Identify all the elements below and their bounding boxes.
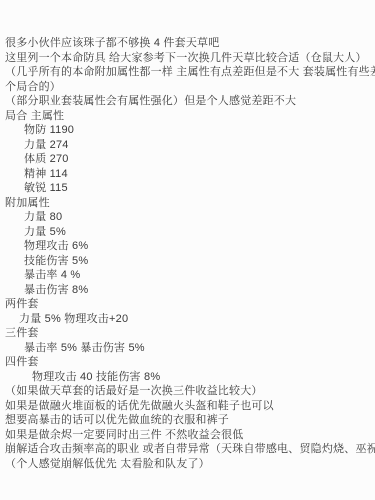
three-piece-bonus: 暴击率 5% 暴击伤害 5% bbox=[5, 341, 371, 356]
section-three-piece-set: 三件套 bbox=[5, 326, 371, 341]
text-line-note-wrap: 个局合的） bbox=[5, 80, 371, 95]
section-two-piece-set: 两件套 bbox=[5, 297, 371, 312]
attr-acuity: 敏锐 115 bbox=[5, 181, 371, 196]
text-line-intro: 很多小伙伴应该珠子都不够换 4 件套天草吧 bbox=[5, 36, 371, 51]
advice-line-5: 崩解适合攻击频率高的职业 或者自带异常（天珠自带感电、贸隐灼烧、巫祝忏悔） bbox=[5, 442, 371, 457]
advice-line-1: （如果做天草套的话最好是一次换三件收益比较大） bbox=[5, 384, 371, 399]
attr-constitution: 体质 270 bbox=[5, 152, 371, 167]
text-line-note-2: （部分职业套装属性会有属性强化）但是个人感觉差距不大 bbox=[5, 94, 371, 109]
text-line-note: （几乎所有的本命附加属性都一样 主属性有点差距但是不大 套装属性有些差距 这里列… bbox=[5, 65, 371, 80]
section-four-piece-set: 四件套 bbox=[5, 355, 371, 370]
added-strength-flat: 力量 80 bbox=[5, 210, 371, 225]
section-added-attributes: 附加属性 bbox=[5, 196, 371, 211]
attr-strength: 力量 274 bbox=[5, 138, 371, 153]
attr-phys-defense: 物防 1190 bbox=[5, 123, 371, 138]
advice-line-4: 如果是做余烬一定要同时出三件 不然收益会很低 bbox=[5, 428, 371, 443]
added-crit-rate-pct: 暴击率 4 % bbox=[5, 268, 371, 283]
text-line-intro-2: 这里列一个本命防具 给大家参考下一次换几件天草比较合适（仓鼠大人） bbox=[5, 51, 371, 66]
four-piece-bonus: 物理攻击 40 技能伤害 8% bbox=[5, 370, 371, 385]
added-strength-pct: 力量 5% bbox=[5, 225, 371, 240]
attr-spirit: 精神 114 bbox=[5, 167, 371, 182]
added-skill-damage-pct: 技能伤害 5% bbox=[5, 254, 371, 269]
two-piece-bonus: 力量 5% 物理攻击+20 bbox=[5, 312, 371, 327]
added-phys-attack-pct: 物理攻击 6% bbox=[5, 239, 371, 254]
document-page: 很多小伙伴应该珠子都不够换 4 件套天草吧 这里列一个本命防具 给大家参考下一次… bbox=[0, 0, 375, 500]
advice-line-2: 如果是做融火堆面板的话优先做融火头盔和鞋子也可以 bbox=[5, 399, 371, 414]
section-main-attributes: 局合 主属性 bbox=[5, 109, 371, 124]
added-crit-damage-pct: 暴击伤害 8% bbox=[5, 283, 371, 298]
advice-line-3: 想要高暴击的话可以优先做血统的衣服和裤子 bbox=[5, 413, 371, 428]
advice-line-6: （个人感觉崩解低优先 太看脸和队友了） bbox=[5, 457, 371, 472]
